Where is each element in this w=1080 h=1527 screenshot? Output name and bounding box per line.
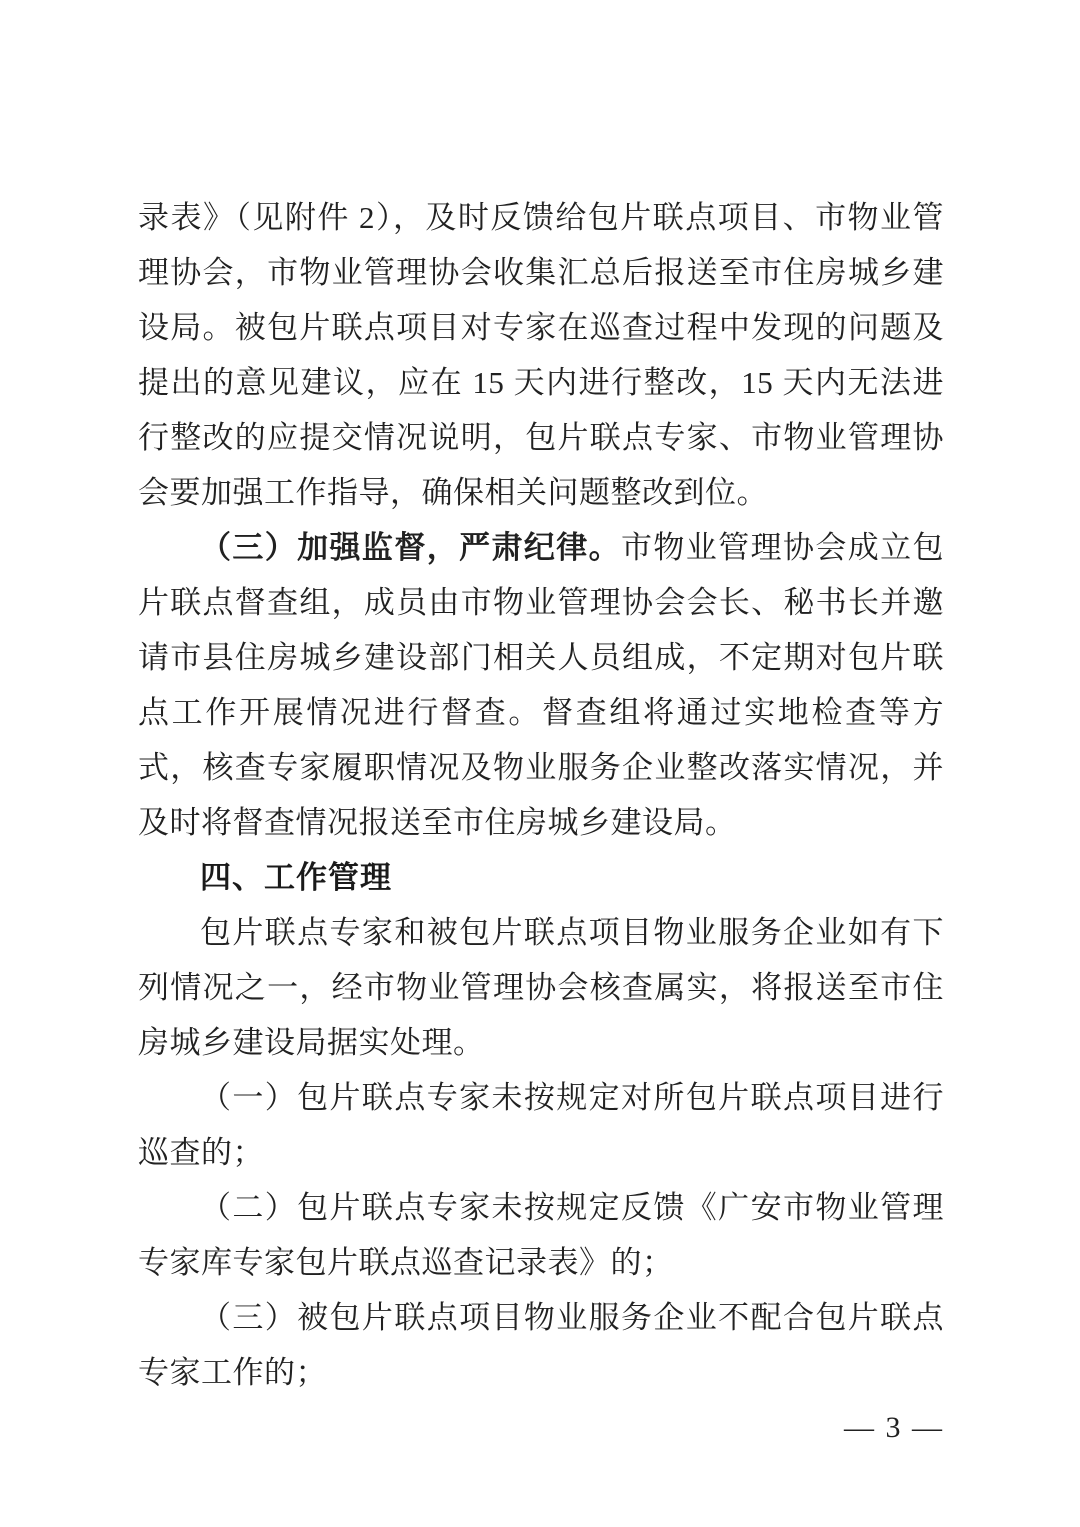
section-heading-work-management: 四、工作管理: [138, 850, 944, 905]
paragraph-work-management-intro: 包片联点专家和被包片联点项目物业服务企业如有下列情况之一，经市物业管理协会核查属…: [138, 905, 944, 1070]
paragraph-continuation: 录表》（见附件 2），及时反馈给包片联点项目、市物业管理协会，市物业管理协会收集…: [138, 190, 944, 520]
paragraph-supervision-bold-lead: （三）加强监督，严肃纪律。: [200, 530, 621, 565]
document-page: 录表》（见附件 2），及时反馈给包片联点项目、市物业管理协会，市物业管理协会收集…: [0, 0, 1080, 1527]
paragraph-item-3: （三）被包片联点项目物业服务企业不配合包片联点专家工作的；: [138, 1290, 944, 1400]
paragraph-item-2: （二）包片联点专家未按规定反馈《广安市物业管理专家库专家包片联点巡查记录表》的；: [138, 1180, 944, 1290]
document-body: 录表》（见附件 2），及时反馈给包片联点项目、市物业管理协会，市物业管理协会收集…: [138, 190, 944, 1400]
paragraph-supervision-body: 市物业管理协会成立包片联点督查组，成员由市物业管理协会会长、秘书长并邀请市县住房…: [138, 530, 944, 840]
paragraph-item-1: （一）包片联点专家未按规定对所包片联点项目进行巡查的；: [138, 1070, 944, 1180]
page-number: — 3 —: [844, 1408, 944, 1448]
paragraph-supervision: （三）加强监督，严肃纪律。市物业管理协会成立包片联点督查组，成员由市物业管理协会…: [138, 520, 944, 850]
